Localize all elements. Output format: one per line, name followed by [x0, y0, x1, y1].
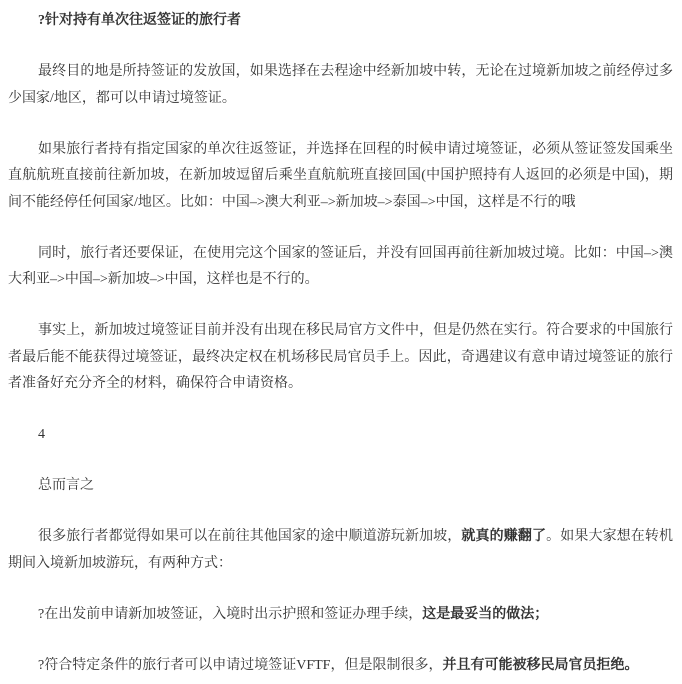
text-run: 同时，旅行者还要保证，在使用完这个国家的签证后，并没有回国再前往新加坡过境。比如…	[8, 246, 673, 288]
paragraph-final-destination: 最终目的地是所持签证的发放国，如果选择在去程途中经新加坡中转，无论在过境新加坡之…	[8, 59, 673, 112]
text-run: 总而言之	[38, 478, 94, 493]
text-run: ?在出发前申请新加坡签证，入境时出示护照和签证办理手续，	[38, 607, 422, 622]
paragraph-return-trip-rule: 如果旅行者持有指定国家的单次往返签证，并选择在回程的时候申请过境签证，必须从签证…	[8, 137, 673, 217]
section-number: 4	[8, 422, 673, 449]
text-run: 这是最妥当的做法；	[422, 607, 548, 622]
paragraph-unofficial-policy: 事实上，新加坡过境签证目前并没有出现在移民局官方文件中，但是仍然在实行。符合要求…	[8, 318, 673, 398]
paragraph-guarantee-rule: 同时，旅行者还要保证，在使用完这个国家的签证后，并没有回国再前往新加坡过境。比如…	[8, 241, 673, 294]
paragraphs-container: ?针对持有单次往返签证的旅行者最终目的地是所持签证的发放国，如果选择在去程途中经…	[8, 8, 673, 679]
text-run: 很多旅行者都觉得如果可以在前往其他国家的途中顺道游玩新加坡，	[38, 529, 461, 544]
text-run: 4	[38, 427, 45, 442]
text-run: 并且有可能被移民局官员拒绝。	[442, 658, 638, 673]
section-heading-single-entry-visa: ?针对持有单次往返签证的旅行者	[8, 8, 673, 35]
text-run: 就真的赚翻了	[461, 529, 546, 544]
text-run: 如果旅行者持有指定国家的单次往返签证，并选择在回程的时候申请过境签证，必须从签证…	[8, 142, 673, 210]
text-run: 最终目的地是所持签证的发放国，如果选择在去程途中经新加坡中转，无论在过境新加坡之…	[8, 64, 673, 106]
text-run: ?针对持有单次往返签证的旅行者	[38, 13, 241, 28]
article-document: ?针对持有单次往返签证的旅行者最终目的地是所持签证的发放国，如果选择在去程途中经…	[0, 0, 682, 679]
text-run: ?符合特定条件的旅行者可以申请过境签证VFTF，但是限制很多，	[38, 658, 442, 673]
paragraph-summary-intro: 很多旅行者都觉得如果可以在前往其他国家的途中顺道游玩新加坡，就真的赚翻了。如果大…	[8, 524, 673, 577]
paragraph-option-apply-visa: ?在出发前申请新加坡签证，入境时出示护照和签证办理手续，这是最妥当的做法；	[8, 602, 673, 629]
paragraph-option-vftf: ?符合特定条件的旅行者可以申请过境签证VFTF，但是限制很多，并且有可能被移民局…	[8, 653, 673, 680]
paragraph-summary-title: 总而言之	[8, 473, 673, 500]
text-run: 事实上，新加坡过境签证目前并没有出现在移民局官方文件中，但是仍然在实行。符合要求…	[8, 323, 673, 391]
